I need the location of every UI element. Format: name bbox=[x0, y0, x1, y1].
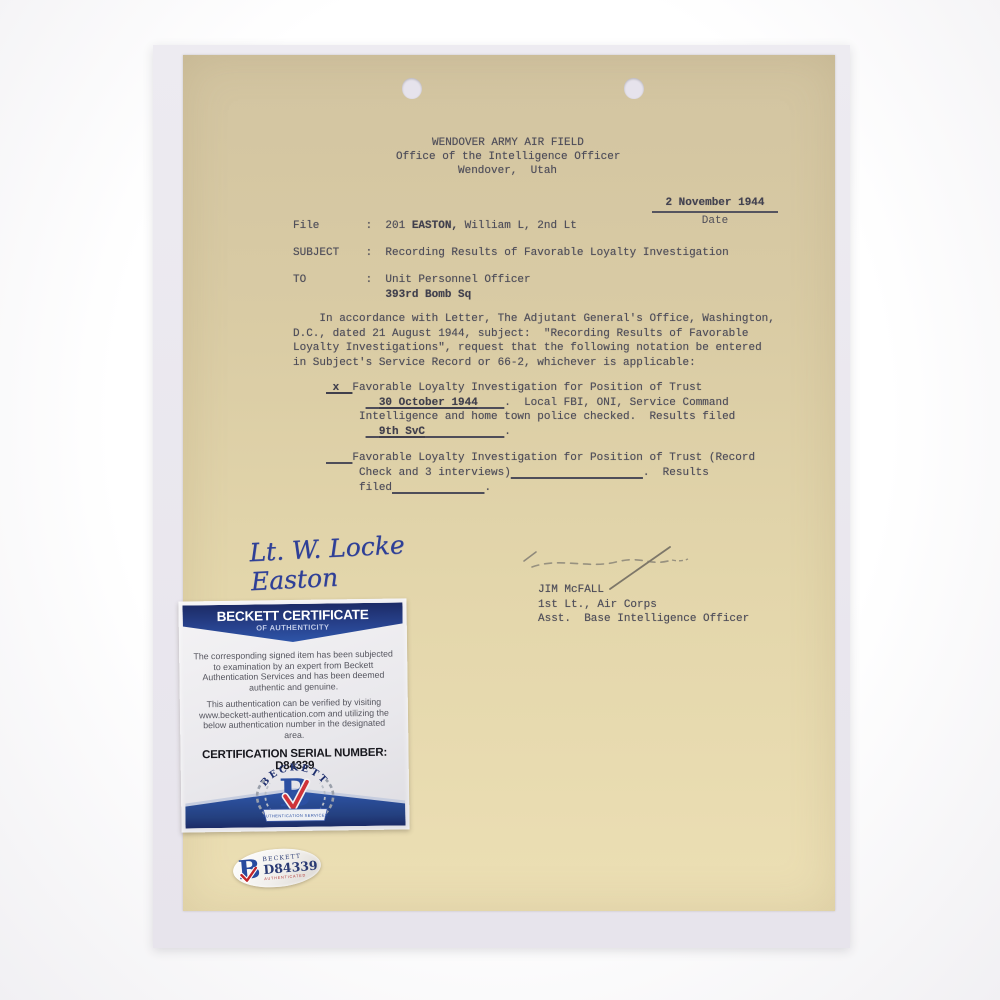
typed-text-layer: WENDOVER ARMY AIR FIELDOffice of the Int… bbox=[0, 0, 1000, 1000]
oval-serial: D84339 bbox=[263, 859, 318, 876]
certificate-paragraph-2: This authentication can be verified by v… bbox=[192, 697, 397, 742]
typed-line: filed . bbox=[293, 481, 491, 495]
date-label: Date bbox=[652, 215, 778, 227]
pencil-signature bbox=[520, 541, 700, 593]
typed-line: File : 201 EASTON, William L, 2nd Lt bbox=[293, 219, 577, 233]
date-block: 2 November 1944 Date bbox=[652, 197, 778, 227]
typed-line: Loyalty Investigations", request that th… bbox=[293, 341, 762, 355]
oval-check-mark-icon bbox=[239, 867, 260, 885]
logo-banner-text: AUTHENTICATION SERVICES bbox=[263, 813, 328, 819]
oval-logo: B bbox=[237, 856, 261, 886]
typed-line: WENDOVER ARMY AIR FIELD bbox=[432, 136, 584, 150]
certificate-body: The corresponding signed item has been s… bbox=[183, 640, 404, 741]
date-value: 2 November 1944 bbox=[652, 197, 778, 213]
typed-line: SUBJECT : Recording Results of Favorable… bbox=[293, 246, 729, 260]
certificate-header-banner: BECKETT CERTIFICATE OF AUTHENTICITY bbox=[182, 602, 403, 643]
typed-line: Asst. Base Intelligence Officer bbox=[538, 612, 749, 626]
typed-line: Intelligence and home town police checke… bbox=[293, 410, 735, 424]
typed-line: 393rd Bomb Sq bbox=[293, 288, 471, 302]
typed-line: D.C., dated 21 August 1944, subject: "Re… bbox=[293, 327, 748, 341]
typed-line: 9th SvC . bbox=[293, 425, 511, 439]
typed-line: Check and 3 interviews) . Results bbox=[293, 466, 709, 480]
typed-line: Office of the Intelligence Officer bbox=[396, 150, 620, 164]
laurel-right-inner bbox=[319, 783, 325, 811]
typed-line: TO : Unit Personnel Officer bbox=[293, 273, 531, 287]
typed-line: 1st Lt., Air Corps bbox=[538, 598, 657, 612]
beckett-logo: BECKETT B AUTHENTICATION SERVICES bbox=[241, 755, 350, 827]
typed-line: in Subject's Service Record or 66-2, whi… bbox=[293, 356, 696, 370]
certificate-logo-zone: BECKETT B AUTHENTICATION SERVICES bbox=[185, 759, 406, 828]
photo-stage: WENDOVER ARMY AIR FIELDOffice of the Int… bbox=[0, 0, 1000, 1000]
typed-line: In accordance with Letter, The Adjutant … bbox=[293, 312, 775, 326]
typed-line: x Favorable Loyalty Investigation for Po… bbox=[293, 381, 702, 395]
beckett-certificate-sticker: BECKETT CERTIFICATE OF AUTHENTICITY The … bbox=[178, 598, 409, 832]
certificate-paragraph-1: The corresponding signed item has been s… bbox=[191, 649, 396, 694]
typed-line: Favorable Loyalty Investigation for Posi… bbox=[293, 451, 755, 465]
typed-line: 30 October 1944 . Local FBI, ONI, Servic… bbox=[293, 396, 729, 410]
typed-line: Wendover, Utah bbox=[458, 164, 557, 178]
